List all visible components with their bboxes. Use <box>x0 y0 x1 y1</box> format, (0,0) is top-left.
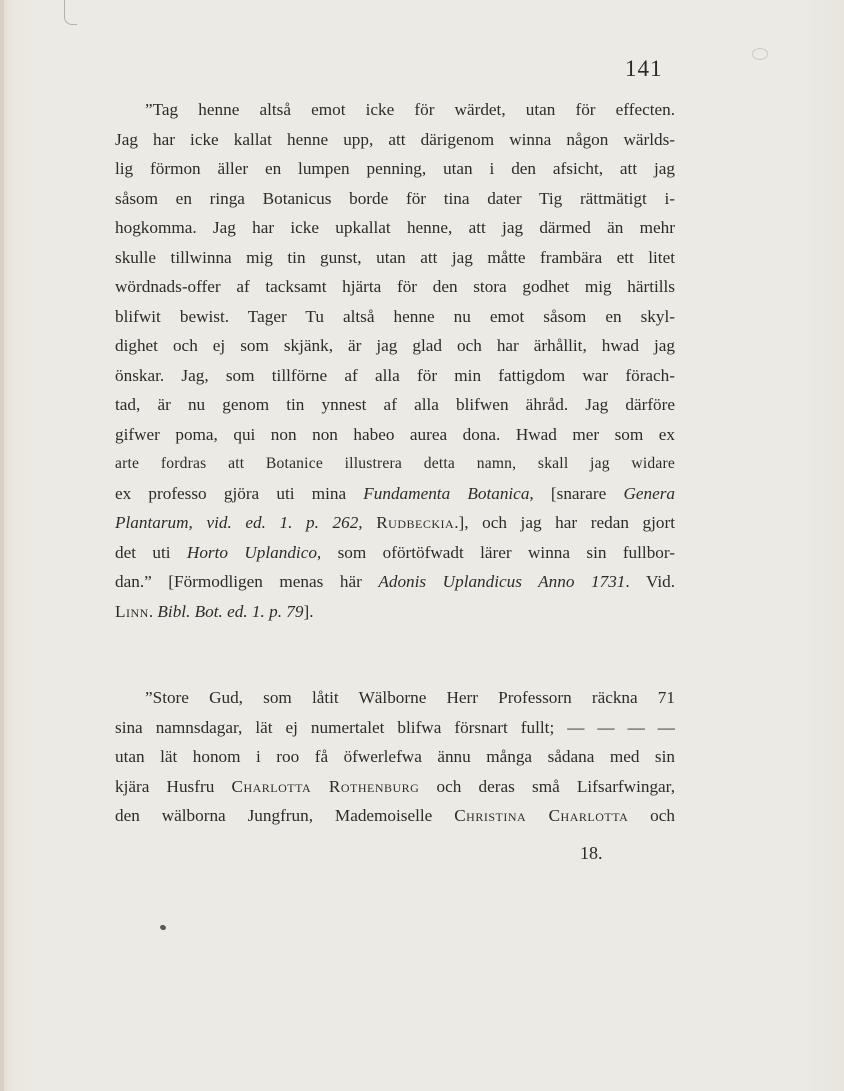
paragraph-2: ”Store Gud, som låtit Wälborne Herr Prof… <box>115 683 675 831</box>
text-segment: Jag har icke kallat henne upp, att därig… <box>115 130 675 149</box>
text-segment: . Vid. <box>625 572 675 591</box>
text-line: wördnads-offer af tacksamt hjärta för de… <box>115 272 675 302</box>
text-segment: dighet och ej som skjänk, är jag glad oc… <box>115 336 675 355</box>
italic-text: Adonis Uplandicus Anno 1731 <box>378 572 625 591</box>
text-line: önskar. Jag, som tillförne af alla för m… <box>115 361 675 391</box>
text-segment: önskar. Jag, som tillförne af alla för m… <box>115 366 675 385</box>
smallcaps-name: Linn <box>115 602 149 621</box>
text-line: sina namnsdagar, lät ej numertalet blifw… <box>115 713 675 743</box>
text-line: hogkomma. Jag har icke upkallat henne, a… <box>115 213 675 243</box>
text-line: ”Tag henne altså emot icke för wärdet, u… <box>115 95 675 125</box>
text-segment: sina namnsdagar, lät ej numertalet blifw… <box>115 718 675 737</box>
italic-text: Genera <box>623 484 675 503</box>
text-segment: lig förmon äller en lumpen penning, utan… <box>115 159 675 178</box>
text-line: Jag har icke kallat henne upp, att därig… <box>115 125 675 155</box>
text-line: Linn. Bibl. Bot. ed. 1. p. 79]. <box>115 597 675 627</box>
text-segment: tad, är nu genom tin ynnest af alla blif… <box>115 395 675 414</box>
text-line: det uti Horto Uplandico, som oförtöfwadt… <box>115 538 675 568</box>
text-line: den wälborna Jungfrun, Mademoiselle Chri… <box>115 801 675 831</box>
text-line: tad, är nu genom tin ynnest af alla blif… <box>115 390 675 420</box>
text-segment: ]. <box>304 602 314 621</box>
text-segment: ”Tag henne altså emot icke för wärdet, u… <box>145 100 675 119</box>
italic-text: Fundamenta Botanica <box>363 484 529 503</box>
text-segment: och <box>628 806 675 825</box>
text-segment: och deras små Lifsarfwingar, <box>419 777 675 796</box>
italic-text: Plantarum, vid. ed. 1. p. 262, <box>115 513 363 532</box>
text-segment: kjära Husfru <box>115 777 232 796</box>
catchword: 18. <box>580 843 603 864</box>
text-segment: blifwit bewist. Tager Tu altså henne nu … <box>115 307 675 326</box>
text-line: skulle tillwinna mig tin gunst, utan att… <box>115 243 675 273</box>
text-line: lig förmon äller en lumpen penning, utan… <box>115 154 675 184</box>
text-segment: .], och jag har redan gjort <box>454 513 675 532</box>
italic-text: Bibl. Bot. ed. 1. p. 79 <box>157 602 303 621</box>
text-segment: arte fordras att Botanice illustrera det… <box>115 455 675 472</box>
text-segment: det uti <box>115 543 187 562</box>
text-segment: wördnads-offer af tacksamt hjärta för de… <box>115 277 675 296</box>
text-line: dan.” [Förmodligen menas här Adonis Upla… <box>115 567 675 597</box>
text-segment: dan.” [Förmodligen menas här <box>115 572 378 591</box>
text-segment: hogkomma. Jag har icke upkallat henne, a… <box>115 218 675 237</box>
text-segment: den wälborna Jungfrun, Mademoiselle <box>115 806 454 825</box>
italic-text: Horto Uplandico <box>187 543 317 562</box>
ink-smudge <box>159 924 166 931</box>
text-segment: , som oförtöfwadt lärer winna sin fullbo… <box>317 543 675 562</box>
text-line: blifwit bewist. Tager Tu altså henne nu … <box>115 302 675 332</box>
text-line: kjära Husfru Charlotta Rothenburg och de… <box>115 772 675 802</box>
page-number: 141 <box>625 56 663 82</box>
text-line: utan lät honom i roo få öfwerlefwa ännu … <box>115 742 675 772</box>
smallcaps-name: Charlotta Rothenburg <box>232 777 420 796</box>
text-segment: ex professo gjöra uti mina <box>115 484 363 503</box>
text-segment <box>363 513 377 532</box>
text-line: Plantarum, vid. ed. 1. p. 262, Rudbeckia… <box>115 508 675 538</box>
smallcaps-name: Rudbeckia <box>376 513 454 532</box>
text-segment: utan lät honom i roo få öfwerlefwa ännu … <box>115 747 675 766</box>
text-segment: , [snarare <box>529 484 623 503</box>
text-line: ex professo gjöra uti mina Fundamenta Bo… <box>115 479 675 509</box>
paragraph-1: ”Tag henne altså emot icke för wärdet, u… <box>115 95 675 626</box>
pencil-mark <box>64 0 77 25</box>
paper-stain <box>752 48 768 60</box>
book-page: 141 ”Tag henne altså emot icke för wärde… <box>0 0 844 1091</box>
text-segment: ”Store Gud, som låtit Wälborne Herr Prof… <box>145 688 675 707</box>
text-segment: gifwer poma, qui non non habeo aurea don… <box>115 425 675 444</box>
text-line: gifwer poma, qui non non habeo aurea don… <box>115 420 675 450</box>
smallcaps-name: Christina Charlotta <box>454 806 628 825</box>
text-line: såsom en ringa Botanicus borde för tina … <box>115 184 675 214</box>
text-segment: skulle tillwinna mig tin gunst, utan att… <box>115 248 675 267</box>
page-gutter-edge <box>0 0 4 1091</box>
text-segment: såsom en ringa Botanicus borde för tina … <box>115 189 675 208</box>
text-line: arte fordras att Botanice illustrera det… <box>115 449 675 479</box>
text-line: dighet och ej som skjänk, är jag glad oc… <box>115 331 675 361</box>
text-line: ”Store Gud, som låtit Wälborne Herr Prof… <box>115 683 675 713</box>
